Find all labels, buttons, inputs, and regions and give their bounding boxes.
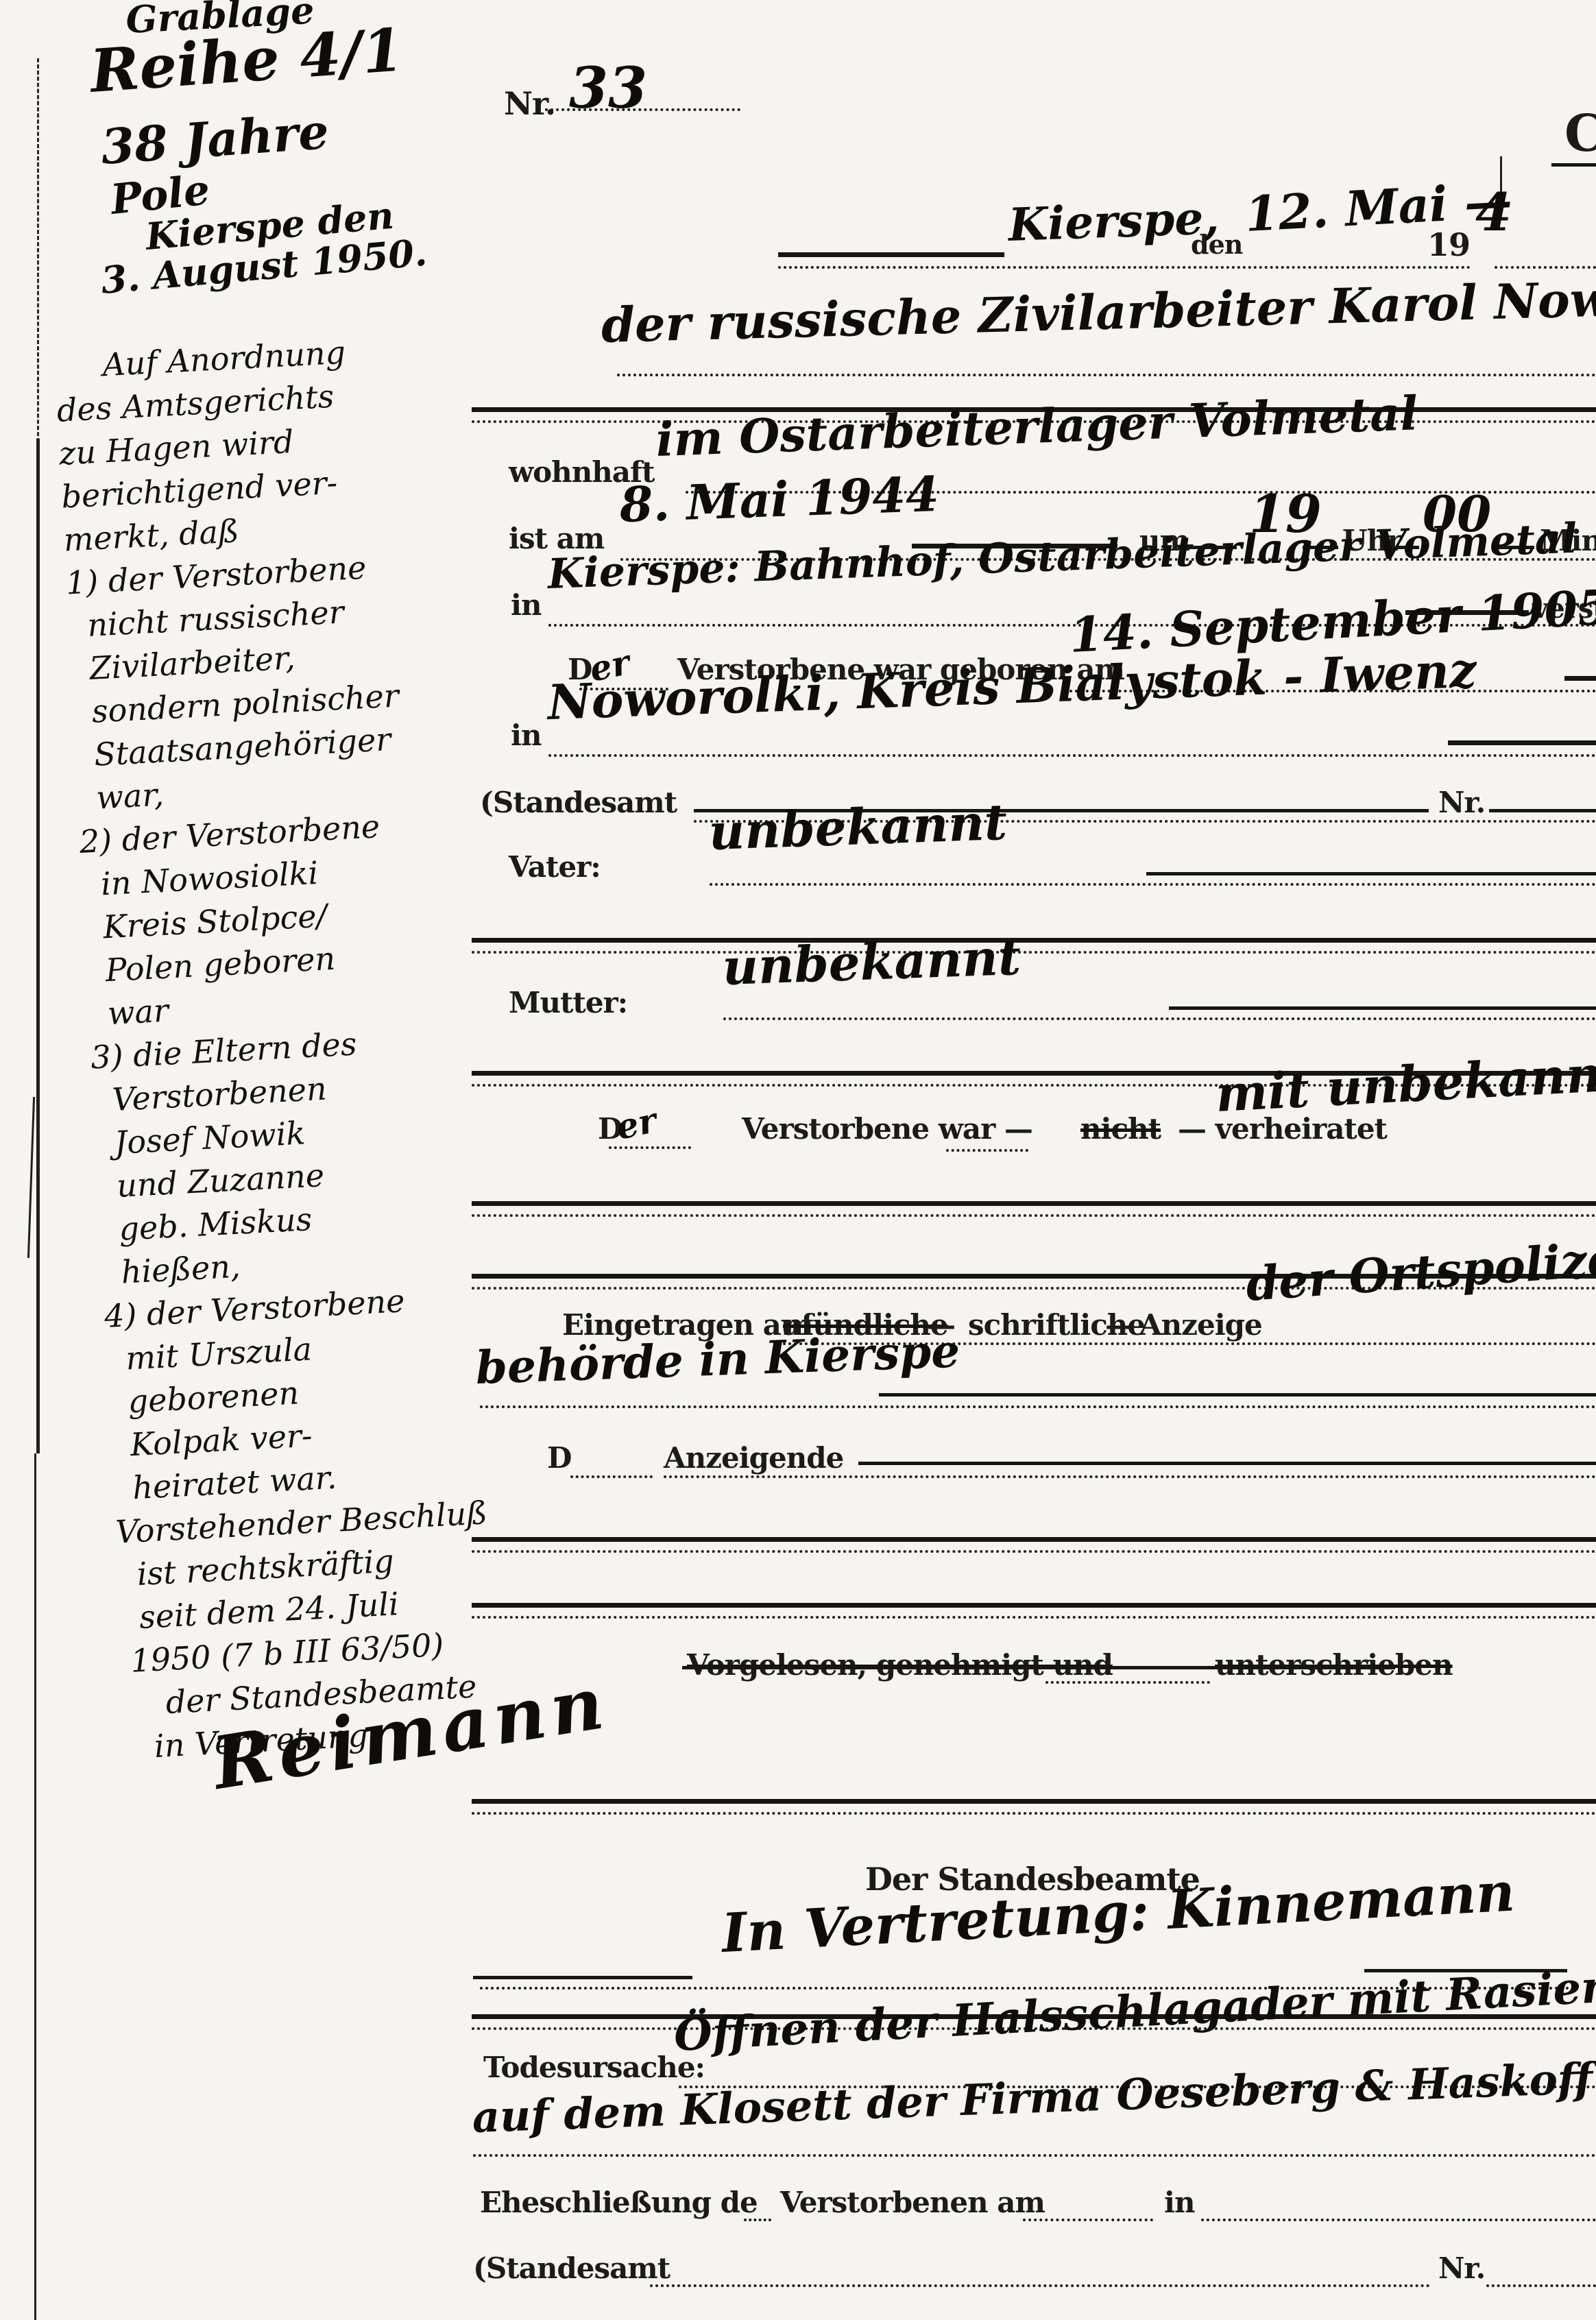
marriage-de-dotted: [744, 2219, 771, 2221]
married-article-er-handwritten: er: [614, 1103, 660, 1145]
notifier-article-dotted: [570, 1475, 653, 1478]
strikethrough-line: [682, 1666, 1395, 1669]
cause-dotted-line2: [473, 2154, 1596, 2157]
registry-bottom-nr-dotted: [1486, 2284, 1596, 2287]
married-nicht-struck: nicht: [1080, 1115, 1161, 1144]
authority-dotted-line: [480, 1405, 1596, 1408]
den-label: den: [1191, 232, 1242, 258]
marriage-label-2: Verstorbenen am: [780, 2188, 1045, 2217]
filler-line: [1564, 676, 1596, 681]
margin-bracket-line: [27, 1097, 35, 1258]
registry-office-label-bottom: (Standesamt: [473, 2254, 670, 2283]
person-line-value: der russische Zivilarbeiter Karol Nowik: [601, 274, 1596, 350]
in-label: in: [511, 721, 542, 750]
married-label-1: Verstorbene war —: [742, 1115, 1032, 1144]
scan-margin-line-lower: [34, 1453, 36, 2320]
year-dotted-line: [1495, 266, 1596, 269]
dash: —: [1105, 1311, 1133, 1340]
ruled-line: [472, 1537, 1596, 1553]
scan-margin-dashed-line: [37, 58, 39, 442]
city-value: Kierspe,: [1008, 195, 1220, 247]
registry-office-label: (Standesamt: [480, 788, 677, 817]
date-dotted-line: [778, 266, 1471, 269]
notifier-label: Anzeigende: [664, 1444, 843, 1473]
marriage-place-dotted: [1201, 2219, 1596, 2221]
year-handwritten: 4: [1475, 186, 1512, 239]
scan-margin-line: [36, 439, 40, 1453]
cause-of-death-label: Todesursache:: [483, 2053, 705, 2082]
notice-label: Anzeige: [1139, 1311, 1262, 1340]
mother-dotted-line: [723, 1017, 1596, 1020]
marriage-in-label: in: [1164, 2188, 1195, 2217]
married-dotted-line: [946, 1149, 1028, 1152]
filler-line: [473, 1976, 692, 1979]
marriage-date-dotted: [1023, 2219, 1153, 2221]
year-printed: 19: [1427, 229, 1470, 261]
filler-line: [1448, 740, 1596, 745]
corner-underline: [1551, 163, 1596, 167]
marriage-label-1: Eheschließung de: [480, 2188, 758, 2217]
filler-line: [1146, 872, 1596, 875]
ruled-line: [472, 1799, 1596, 1815]
read-approved-dotted: [1045, 1681, 1210, 1684]
registry-bottom-dotted: [650, 2284, 1430, 2287]
filler-line: [858, 1462, 1596, 1465]
father-value: unbekannt: [708, 797, 1008, 857]
mother-label: Mutter:: [509, 989, 627, 1017]
father-label: Vater:: [509, 853, 601, 882]
ruled-line: [472, 938, 1596, 954]
registry-number-label: Nr.: [1438, 788, 1485, 817]
mother-value: unbekannt: [721, 932, 1021, 992]
ruled-line: [472, 1603, 1596, 1619]
cause-of-death-line1: Öffnen der Halsschlagader mit Rasierme: [673, 1961, 1596, 2058]
age-note: 38 Jahre: [99, 108, 330, 171]
notifier-article-d: D: [547, 1444, 571, 1473]
notice-by-value: der Ortspolizei-: [1244, 1233, 1596, 1308]
married-article-dotted: [609, 1146, 691, 1149]
record-number-dotted-line: [545, 108, 740, 111]
record-number-label: Nr.: [504, 88, 555, 119]
birthplace-dotted-line: [548, 754, 1596, 757]
father-dotted-line: [710, 883, 1596, 886]
married-to-value: mit unbekann: [1214, 1050, 1596, 1119]
person-dotted-line: [617, 374, 1596, 376]
death-register-scan: Grablage Reihe 4/1 38 Jahre Pole Kierspe…: [0, 0, 1596, 2320]
notifier-dotted-line: [664, 1475, 1596, 1478]
death-date-value: 8. Mai 1944: [619, 470, 940, 529]
registry-number-label-bottom: Nr.: [1438, 2254, 1485, 2283]
corner-fragment-letter: C: [1564, 108, 1596, 159]
filler-line: [778, 252, 1004, 257]
ruled-line: [472, 1201, 1596, 1217]
residence-value: im Ostarbeiterlager Volmetal: [655, 390, 1419, 463]
filler-line: [1489, 809, 1596, 812]
date-value: 12. Mai —: [1244, 177, 1513, 239]
filler-line: [1169, 1006, 1596, 1010]
signed-struck: unterschrieben: [1215, 1651, 1453, 1680]
filler-line: [879, 1393, 1596, 1397]
read-approved-struck: Vorgelesen, genehmigt und: [687, 1651, 1113, 1680]
in-label: in: [511, 591, 542, 620]
